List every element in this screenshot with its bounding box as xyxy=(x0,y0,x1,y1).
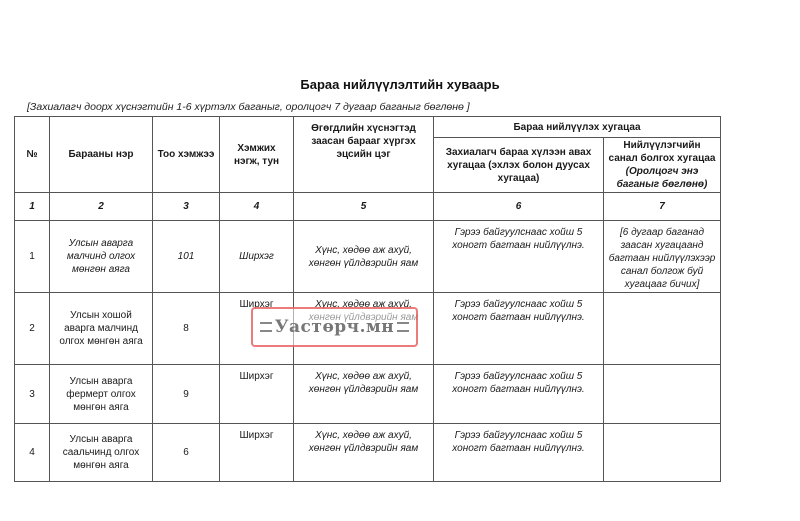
column-number: 2 xyxy=(50,193,153,221)
cell-no: 1 xyxy=(15,221,50,293)
table-row: 3 Улсын аварга фермерт олгох мөнгөн аяга… xyxy=(15,365,721,424)
cell-no: 4 xyxy=(15,424,50,482)
document-instruction-note: [Захиалагч доорх хүснэгтийн 1-6 хүртэлх … xyxy=(27,101,470,113)
cell-quantity: 8 xyxy=(153,293,220,365)
column-number: 7 xyxy=(604,193,721,221)
cell-name: Улсын хошой аварга малчинд олгох мөнгөн … xyxy=(50,293,153,365)
cell-no: 2 xyxy=(15,293,50,365)
cell-buyer-period: Гэрээ байгуулснаас хойш 5 хоногт багтаан… xyxy=(434,365,604,424)
cell-name: Улсын аварга саальчинд олгох мөнгөн аяга xyxy=(50,424,153,482)
wing-right-icon xyxy=(397,322,409,332)
table-row: 4 Улсын аварга саальчинд олгох мөнгөн ая… xyxy=(15,424,721,482)
header-name: Барааны нэр xyxy=(50,117,153,193)
cell-unit: Ширхэг xyxy=(220,365,294,424)
column-number-row: 1 2 3 4 5 6 7 xyxy=(15,193,721,221)
cell-unit: Ширхэг xyxy=(220,221,294,293)
wing-left-icon xyxy=(260,322,272,332)
document-title: Бараа нийлүүлэлтийн хуваарь xyxy=(0,77,800,92)
cell-supplier-period[interactable] xyxy=(604,365,721,424)
cell-quantity: 101 xyxy=(153,221,220,293)
cell-destination: Хүнс, хөдөө аж ахуй, хөнгөн үйлдвэрийн я… xyxy=(294,365,434,424)
cell-buyer-period: Гэрээ байгуулснаас хойш 5 хоногт багтаан… xyxy=(434,424,604,482)
header-row: № Барааны нэр Тоо хэмжээ Хэмжих нэгж, ту… xyxy=(15,117,721,138)
header-destination: Өгөгдлийн хүснэгтэд заасан барааг хүргэх… xyxy=(294,117,434,193)
watermark-text: Уастөрч.мн xyxy=(275,317,395,337)
cell-name: Улсын аварга малчинд олгох мөнгөн аяга xyxy=(50,221,153,293)
header-unit: Хэмжих нэгж, тун xyxy=(220,117,294,193)
cell-destination: Хүнс, хөдөө аж ахуй, хөнгөн үйлдвэрийн я… xyxy=(294,424,434,482)
cell-buyer-period: Гэрээ байгуулснаас хойш 5 хоногт багтаан… xyxy=(434,221,604,293)
column-number: 3 xyxy=(153,193,220,221)
cell-supplier-period[interactable] xyxy=(604,293,721,365)
cell-unit: Ширхэг xyxy=(220,424,294,482)
column-number: 4 xyxy=(220,193,294,221)
cell-buyer-period: Гэрээ байгуулснаас хойш 5 хоногт багтаан… xyxy=(434,293,604,365)
cell-name: Улсын аварга фермерт олгох мөнгөн аяга xyxy=(50,365,153,424)
cell-no: 3 xyxy=(15,365,50,424)
column-number: 5 xyxy=(294,193,434,221)
table-row: 1 Улсын аварга малчинд олгох мөнгөн аяга… xyxy=(15,221,721,293)
delivery-schedule-table: № Барааны нэр Тоо хэмжээ Хэмжих нэгж, ту… xyxy=(14,116,721,482)
header-supplier-period-note: (Оролцогч энэ баганыг бөглөнө) xyxy=(617,166,708,190)
header-supplier-period-main: Нийлүүлэгчийн санал болгох хугацаа xyxy=(609,140,716,164)
cell-supplier-period[interactable] xyxy=(604,424,721,482)
header-buyer-period: Захиалагч бараа хүлээн авах хугацаа (эхл… xyxy=(434,138,604,193)
cell-quantity: 6 xyxy=(153,424,220,482)
column-number: 1 xyxy=(15,193,50,221)
header-delivery-period-group: Бараа нийлүүлэх хугацаа xyxy=(434,117,721,138)
header-supplier-period: Нийлүүлэгчийн санал болгох хугацаа (Орол… xyxy=(604,138,721,193)
watermark-logo: Уастөрч.мн xyxy=(251,307,418,347)
column-number: 6 xyxy=(434,193,604,221)
cell-destination: Хүнс, хөдөө аж ахуй, хөнгөн үйлдвэрийн я… xyxy=(294,221,434,293)
header-quantity: Тоо хэмжээ xyxy=(153,117,220,193)
cell-supplier-period[interactable]: [6 дугаар баганад заасан хугацаанд багта… xyxy=(604,221,721,293)
cell-quantity: 9 xyxy=(153,365,220,424)
header-no: № xyxy=(15,117,50,193)
